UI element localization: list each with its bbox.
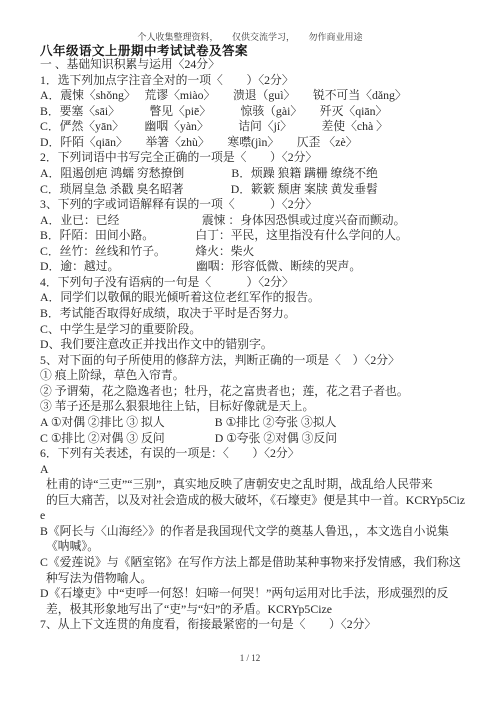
- doc-line: A．震悚〈shǒng〉 荒谬〈miào〉 溃退（guì〉 锐不可当〈dǎng〉: [40, 88, 474, 104]
- doc-line: B．阡陌：田间小路。 白丁：平民，这里指没有什么学问的人。: [40, 228, 474, 244]
- doc-line: A．业已：已经 震悚 ：身体因恐惧或过度兴奋而颤动。: [40, 213, 474, 229]
- doc-line: A: [40, 462, 474, 478]
- doc-line: D、我们要注意改正并找出作文中的错别字。: [40, 337, 474, 353]
- doc-line: 种写法为借物喻人。: [40, 571, 474, 587]
- doc-line: 《呐喊》。: [40, 539, 474, 555]
- doc-line: ① 痕上阶绿，草色入帘青。: [40, 368, 474, 384]
- doc-line: C．俨然〈yān〉 幽咽〈yàn〉 诘问〈jí〉 差使〈chà 〉: [40, 119, 474, 135]
- doc-line: 1．选下列加点字注音全对的一项〈 ）〈2分〉: [40, 73, 474, 89]
- doc-line: ② 予谓菊，花之隐逸者也；牡丹，花之富贵者也；莲，花之君子者也。: [40, 384, 474, 400]
- doc-line: C ①排比 ②对偶 ③ 反问 D ①夸张 ②对偶 ③反问: [40, 431, 474, 447]
- doc-line: 2．下列词语中书写完全正确的一项是〈 ）〈2分〉: [40, 150, 474, 166]
- doc-line: A．阻遏创疤 鸿蠕 穷愁撩倒 B．烦躁 狼籍 蹒栅 缭绕不绝: [40, 166, 474, 182]
- doc-line: A．同学们以敬佩的眼光倾听着这位老红军作的报告。: [40, 290, 474, 306]
- doc-line: 的巨大痛苦，以及对社会造成的极大破坏，《石壕吏》便是其中一首。KCRYp5Ciz: [40, 493, 474, 509]
- doc-line: 6．下列有关表述，有误的一项是：〈 ）〈2分〉: [40, 446, 474, 462]
- doc-line: C．丝竹：丝线和竹子。 烽火：柴火: [40, 244, 474, 260]
- doc-line: B《阿长与〈山海经〉》的作者是我国现代文学的奠基人鲁迅，，本文选自小说集: [40, 524, 474, 540]
- exam-document-page: 个人收集整理资料， 仅供交流学习， 勿作商业用途 八年级语文上册期中考试试卷及答…: [0, 0, 500, 707]
- doc-line: D《石壕吏》中“吏呼一何怒！妇啼一何哭！”两句运用对比手法，形成强烈的反: [40, 586, 474, 602]
- doc-line: C《爱莲说》与《陋室铭》在写作方法上都是借助某种事物来抒发情感，我们称这: [40, 555, 474, 571]
- doc-line: 差，极其形象地写出了“吏”与“妇”的矛盾。KCRYp5Cize: [40, 602, 474, 618]
- doc-line: 7、从上下文连贯的角度看，衔接最紧密的一句是〈 ）〈2分〉: [40, 617, 474, 633]
- doc-line: 5、对下面的句子所使用的修辞方法，判断正确的一项是〈 ）〈2分〉: [40, 353, 474, 369]
- doc-line: D．逾：越过。 幽咽：形容低微、断续的哭声。: [40, 259, 474, 275]
- document-body: 一 、基础知识积累与运用〈24分〉1．选下列加点字注音全对的一项〈 ）〈2分〉A…: [40, 57, 474, 633]
- doc-line: C、中学生是学习的重要阶段。: [40, 322, 474, 338]
- doc-line: D．阡陌〈qiān〉 举箸〈zhù〉 寒噤(jìn〉 仄歪 〈zè〉: [40, 135, 474, 151]
- doc-line: 杜甫的诗“三吏”“三别”，真实地反映了唐朝安史之乱时期，战乱给人民带来: [40, 477, 474, 493]
- doc-line: 4．下列句子没有语病的一句是〈 ）〈2分〉: [40, 275, 474, 291]
- doc-line: B．考试能否取得好成绩，取决于平时是否努力。: [40, 306, 474, 322]
- doc-line: B．要塞〈sāi〉 瞥见〈piē〉 惊骇（gài〉 歼灭〈qiān〉: [40, 104, 474, 120]
- page-number: 1 / 12: [0, 653, 500, 663]
- doc-line: 一 、基础知识积累与运用〈24分〉: [40, 57, 474, 73]
- doc-line: ③ 苇子还是那么狠狠地往上钻，目标好像就是天上。: [40, 399, 474, 415]
- doc-line: C．琐屑皇急 杀戳 臭名昭著 D．簌簌 颓唐 案牍 黄发垂髫: [40, 182, 474, 198]
- doc-line: e: [40, 508, 474, 524]
- doc-line: A ①对偶 ②排比 ③ 拟人 B ①排比 ②夸张 ③拟人: [40, 415, 474, 431]
- doc-line: 3、下列的字或词语解释有误的一项〈 ）〈2分〉: [40, 197, 474, 213]
